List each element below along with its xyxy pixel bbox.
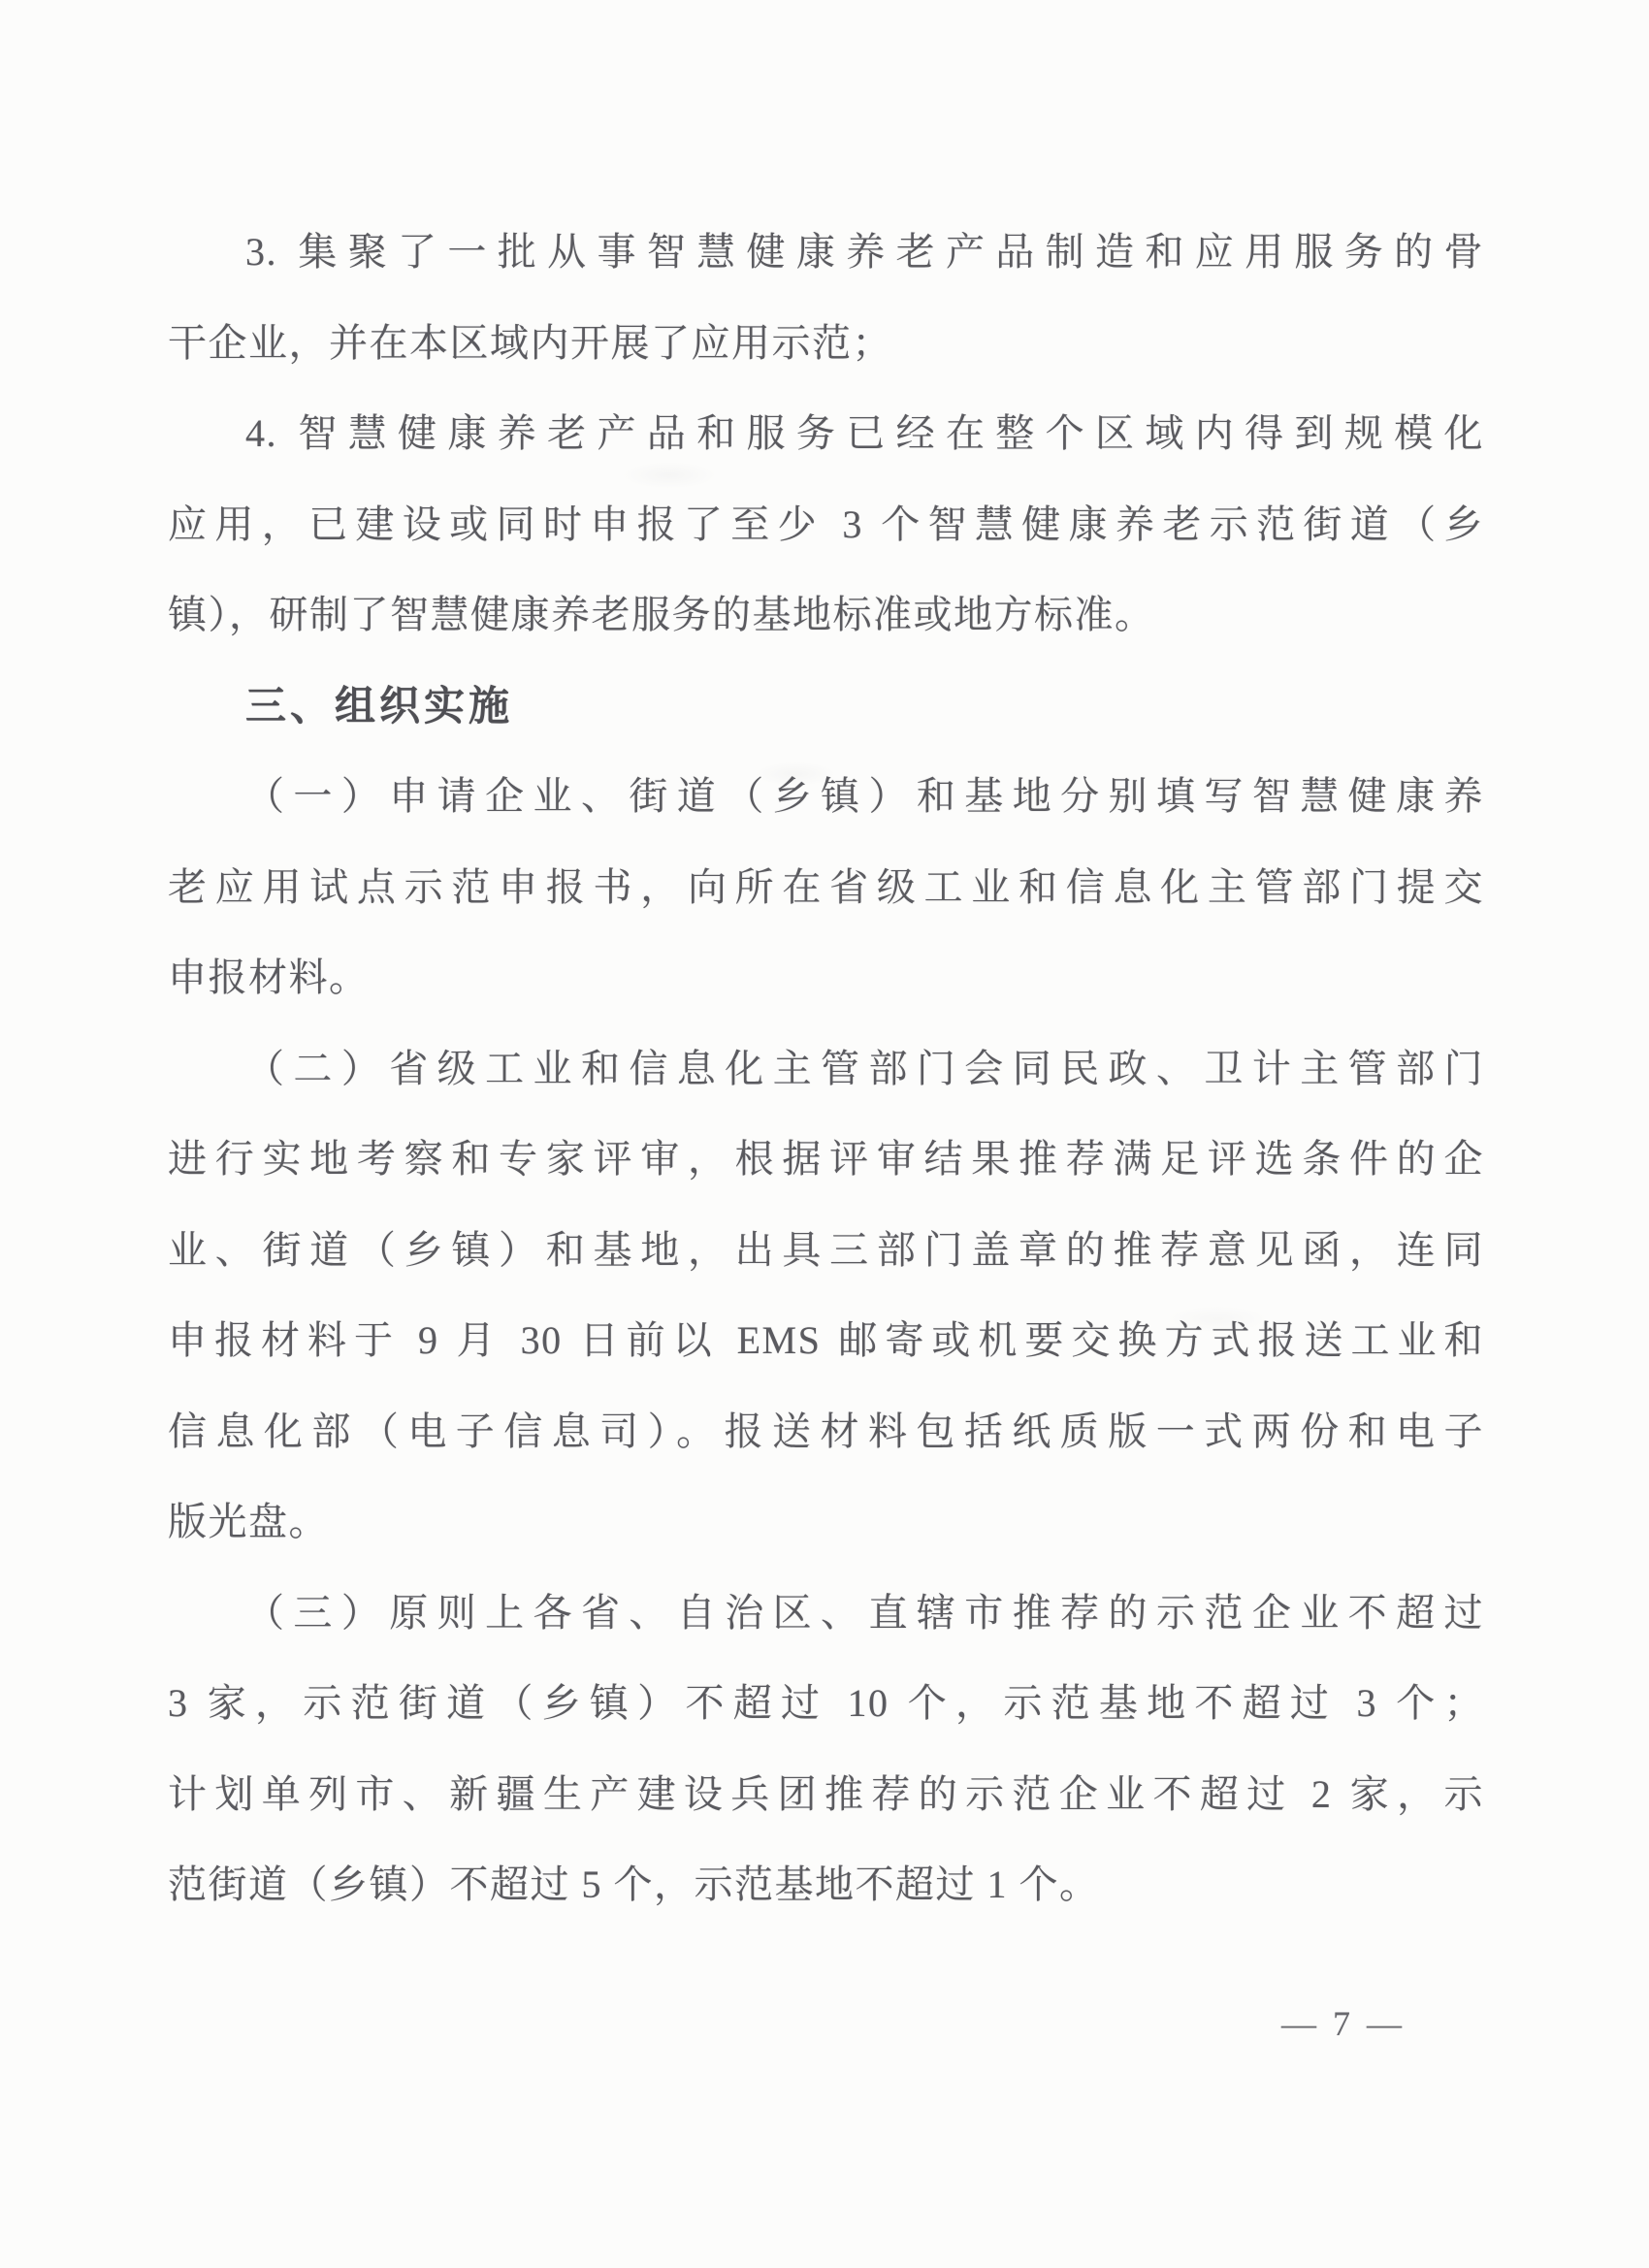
text-line: 进行实地考察和专家评审，根据评审结果推荐满足评选条件的企 — [168, 1114, 1484, 1205]
text-line: 3. 集聚了一批从事智慧健康养老产品制造和应用服务的骨 — [168, 207, 1484, 298]
text-line: 计划单列市、新疆生产建设兵团推荐的示范企业不超过 2 家，示 — [168, 1749, 1484, 1840]
text-line: （一）申请企业、街道（乡镇）和基地分别填写智慧健康养 — [168, 751, 1484, 842]
text-line: 4. 智慧健康养老产品和服务已经在整个区域内得到规模化 — [168, 388, 1484, 479]
section-heading: 三、组织实施 — [168, 661, 1484, 752]
paragraph: （二）省级工业和信息化主管部门会同民政、卫计主管部门 进行实地考察和专家评审，根… — [168, 1023, 1484, 1568]
document-body: 3. 集聚了一批从事智慧健康养老产品制造和应用服务的骨 干企业，并在本区域内开展… — [168, 207, 1484, 1930]
paragraph: （一）申请企业、街道（乡镇）和基地分别填写智慧健康养 老应用试点示范申报书，向所… — [168, 751, 1484, 1023]
text-line: 申报材料于 9 月 30 日前以 EMS 邮寄或机要交换方式报送工业和 — [168, 1295, 1484, 1386]
text-line: 3 家，示范街道（乡镇）不超过 10 个，示范基地不超过 3 个； — [168, 1658, 1484, 1749]
page-number: — 7 — — [1208, 1994, 1479, 2053]
text-line: 老应用试点示范申报书，向所在省级工业和信息化主管部门提交 — [168, 842, 1484, 933]
text-line: 业、街道（乡镇）和基地，出具三部门盖章的推荐意见函，连同 — [168, 1205, 1484, 1296]
text-line: 申报材料。 — [168, 932, 1484, 1023]
paragraph: （三）原则上各省、自治区、直辖市推荐的示范企业不超过 3 家，示范街道（乡镇）不… — [168, 1568, 1484, 1930]
paragraph: 3. 集聚了一批从事智慧健康养老产品制造和应用服务的骨 干企业，并在本区域内开展… — [168, 207, 1484, 388]
text-line: （二）省级工业和信息化主管部门会同民政、卫计主管部门 — [168, 1023, 1484, 1115]
text-line: 应用，已建设或同时申报了至少 3 个智慧健康养老示范街道（乡 — [168, 479, 1484, 570]
text-line: 干企业，并在本区域内开展了应用示范； — [168, 298, 1484, 389]
text-line: 版光盘。 — [168, 1476, 1484, 1568]
paragraph: 4. 智慧健康养老产品和服务已经在整个区域内得到规模化 应用，已建设或同时申报了… — [168, 388, 1484, 661]
text-line: 镇），研制了智慧健康养老服务的基地标准或地方标准。 — [168, 569, 1484, 661]
text-line: 范街道（乡镇）不超过 5 个，示范基地不超过 1 个。 — [168, 1839, 1484, 1930]
text-line: 信息化部（电子信息司）。报送材料包括纸质版一式两份和电子 — [168, 1386, 1484, 1477]
scanned-document-page: 3. 集聚了一批从事智慧健康养老产品制造和应用服务的骨 干企业，并在本区域内开展… — [0, 0, 1649, 2268]
text-line: （三）原则上各省、自治区、直辖市推荐的示范企业不超过 — [168, 1568, 1484, 1659]
